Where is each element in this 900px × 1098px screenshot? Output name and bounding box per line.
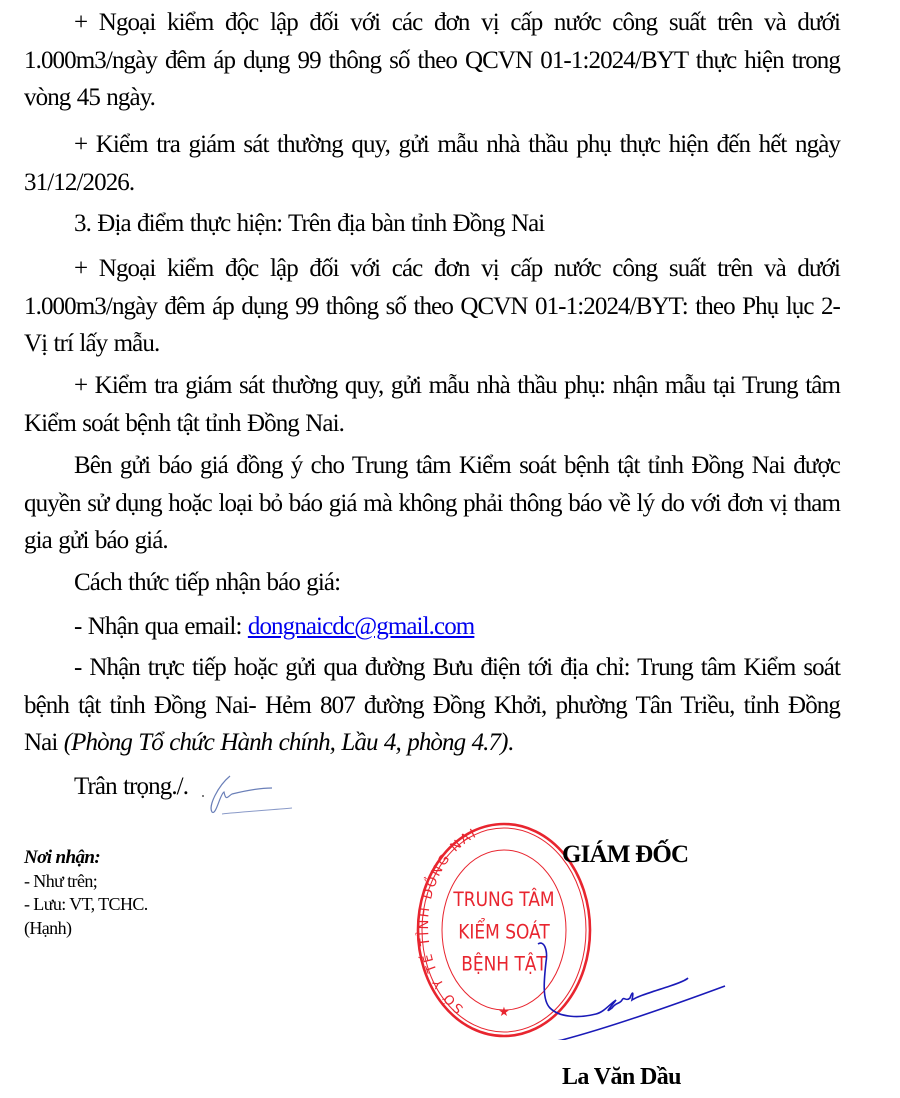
- initials-mark-icon: [200, 772, 300, 820]
- paragraph-postal-method: - Nhận trực tiếp hoặc gửi qua đường Bưu …: [24, 649, 840, 762]
- signer-name: La Văn Dầu: [562, 1064, 681, 1091]
- paragraph-location-external-inspection: + Ngoại kiểm độc lập đối với các đơn vị …: [24, 250, 840, 363]
- period: .: [508, 729, 513, 756]
- recipient-item: (Hạnh): [24, 917, 148, 941]
- email-label: - Nhận qua email:: [74, 613, 248, 640]
- email-link[interactable]: dongnaicdc@gmail.com: [248, 613, 474, 640]
- paragraph-location-heading: 3. Địa điểm thực hiện: Trên địa bàn tỉnh…: [24, 205, 840, 243]
- paragraph-external-inspection: + Ngoại kiểm độc lập đối với các đơn vị …: [24, 4, 840, 117]
- paragraph-receipt-methods-heading: Cách thức tiếp nhận báo giá:: [24, 564, 840, 602]
- recipient-item: - Lưu: VT, TCHC.: [24, 893, 148, 917]
- paragraph-closing: Trân trọng./.: [24, 768, 840, 806]
- recipient-item: - Như trên;: [24, 870, 148, 894]
- signer-title: GIÁM ĐỐC: [562, 841, 688, 869]
- paragraph-email-method: - Nhận qua email: dongnaicdc@gmail.com: [24, 608, 840, 646]
- signature-icon: [520, 900, 740, 1040]
- recipients-title: Nơi nhận:: [24, 846, 148, 870]
- paragraph-location-routine-monitoring: + Kiểm tra giám sát thường quy, gửi mẫu …: [24, 367, 840, 442]
- paragraph-routine-monitoring: + Kiểm tra giám sát thường quy, gửi mẫu …: [24, 126, 840, 201]
- office-location: (Phòng Tổ chức Hành chính, Lầu 4, phòng …: [64, 729, 508, 756]
- stamp-star: ★: [498, 1005, 510, 1020]
- paragraph-quotation-consent: Bên gửi báo giá đồng ý cho Trung tâm Kiể…: [24, 447, 840, 560]
- recipients-block: Nơi nhận: - Như trên; - Lưu: VT, TCHC. (…: [24, 846, 148, 940]
